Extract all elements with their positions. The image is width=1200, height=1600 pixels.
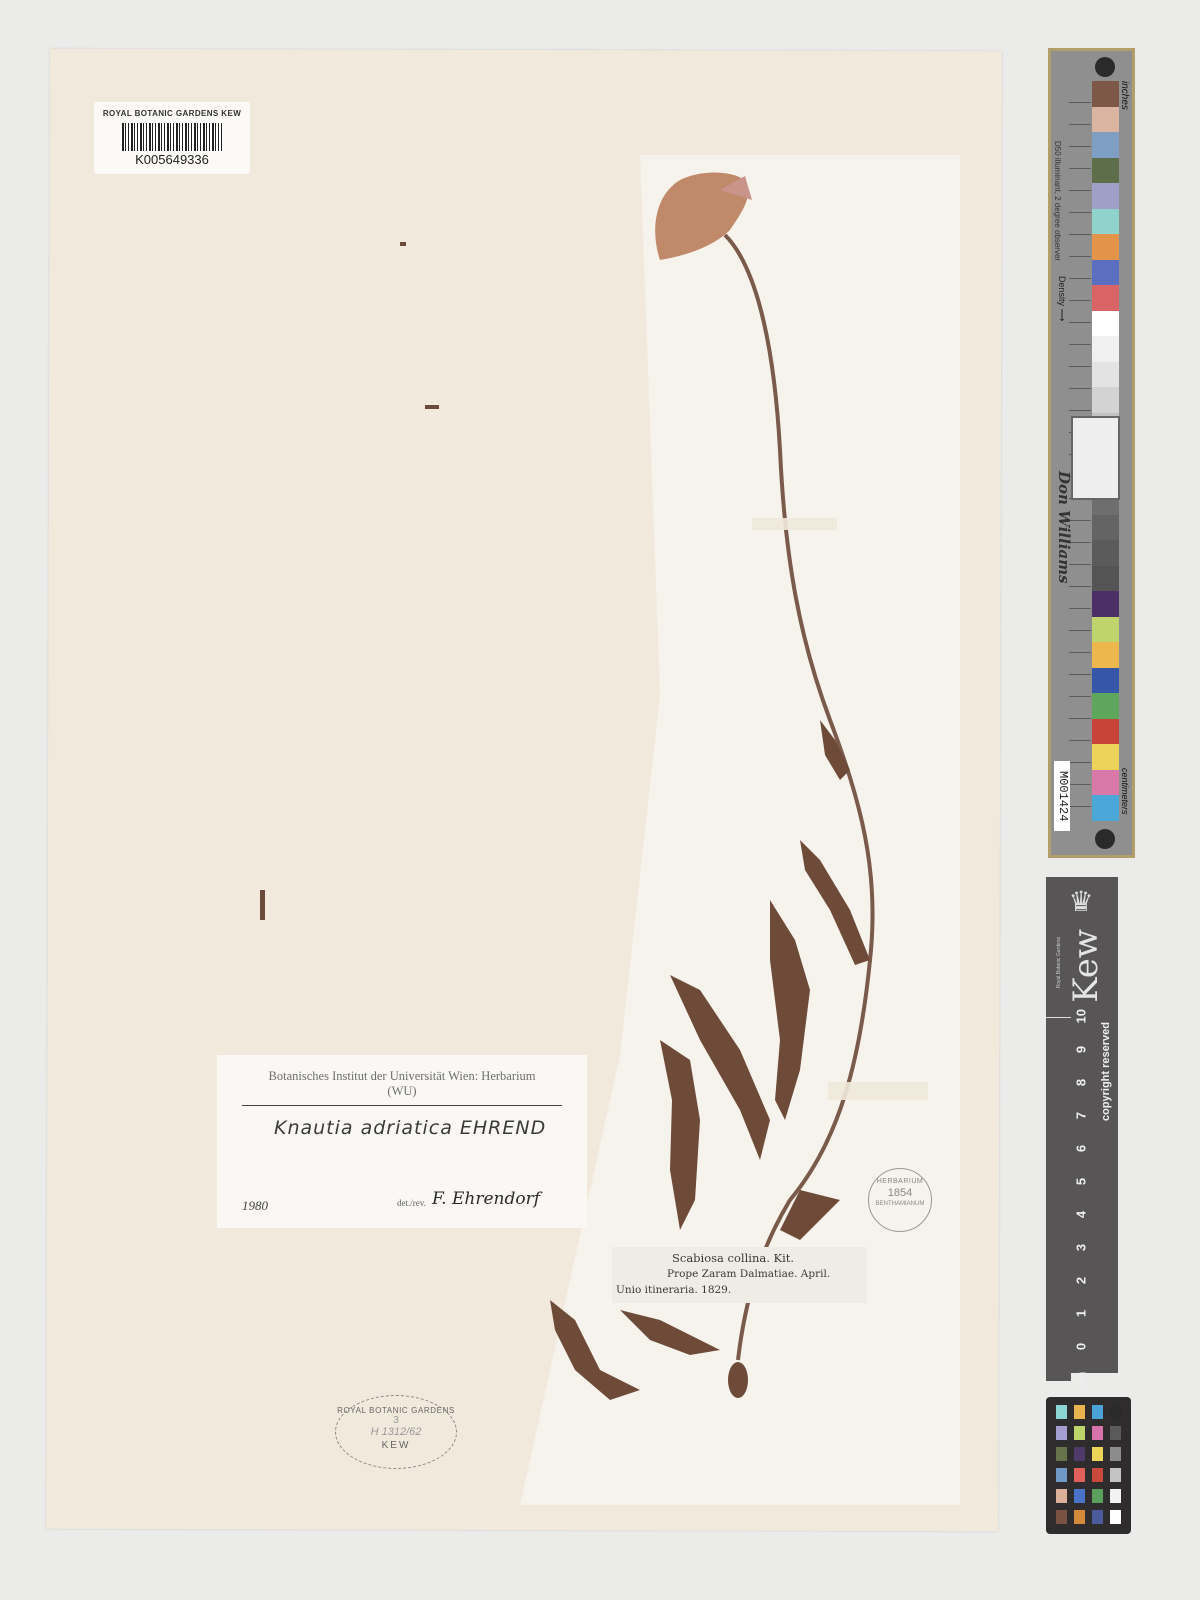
color-patch — [1092, 362, 1119, 388]
cm-tick — [1046, 1248, 1071, 1282]
checker-swatch — [1074, 1510, 1085, 1524]
determination-institution: Botanisches Institut der Universität Wie… — [217, 1069, 587, 1084]
checker-swatch — [1110, 1426, 1121, 1440]
cm-tick — [1046, 1149, 1071, 1183]
determination-year: 1980 — [242, 1198, 268, 1214]
cm-tick — [1046, 1017, 1071, 1051]
checker-swatch — [1074, 1426, 1085, 1440]
checker-swatch — [1056, 1426, 1067, 1440]
ruler-brand: Don Williams — [1055, 471, 1073, 584]
barcode-label: ROYAL BOTANIC GARDENS KEW K005649336 — [94, 102, 250, 174]
resolution-target-icon — [1071, 416, 1120, 500]
ruler-illuminant-text: D50 illuminant, 2 degree observer — [1053, 141, 1062, 261]
cm-tick — [1046, 1050, 1071, 1084]
ruler-hole-icon — [1095, 57, 1115, 77]
checker-swatch — [1074, 1405, 1085, 1419]
checker-swatch — [1110, 1468, 1121, 1482]
checker-swatch — [1056, 1510, 1067, 1524]
kew-logo: Kew — [1066, 929, 1106, 1003]
color-patch — [1092, 311, 1119, 337]
kew-accession-stamp: ROYAL BOTANIC GARDENS 3 H 1312/62 KEW — [335, 1395, 457, 1469]
color-patch — [1092, 183, 1119, 209]
checker-swatch — [1110, 1510, 1121, 1524]
color-patch — [1092, 336, 1119, 362]
color-patch — [1092, 234, 1119, 260]
cm-label: 7 — [1074, 1109, 1089, 1123]
color-checker-card — [1046, 1397, 1131, 1534]
color-patch — [1092, 285, 1119, 311]
determiner-signature: F. Ehrendorf — [432, 1189, 540, 1209]
color-patch — [1092, 132, 1119, 158]
cm-tick — [1046, 1215, 1071, 1249]
color-patch — [1092, 719, 1119, 745]
kew-scale-bar: ♛ Royal Botanic Gardens Kew copyright re… — [1046, 877, 1118, 1373]
original-collection-label: Scabiosa collina. Kit. Prope Zaram Dalma… — [612, 1247, 867, 1303]
determination-prefix: det./rev. — [397, 1198, 426, 1208]
color-patch — [1092, 260, 1119, 286]
color-patch — [1092, 515, 1119, 541]
color-patch — [1092, 566, 1119, 592]
determination-herbarium-code: (WU) — [217, 1084, 587, 1099]
ruler-units-cm: centimeters — [1120, 768, 1130, 815]
color-patch — [1092, 107, 1119, 133]
cm-label: 6 — [1074, 1142, 1089, 1156]
color-patch — [1092, 81, 1119, 107]
color-patch — [1092, 642, 1119, 668]
determination-taxon: Knautia adriatica EHREND — [274, 1117, 546, 1139]
checker-swatch — [1074, 1447, 1085, 1461]
divider — [242, 1105, 562, 1106]
checker-swatch — [1110, 1405, 1121, 1419]
cm-label: 0 — [1074, 1340, 1089, 1354]
cm-tick — [1046, 1281, 1071, 1315]
checker-swatch — [1056, 1405, 1067, 1419]
cm-tick — [1046, 1116, 1071, 1150]
color-patch — [1092, 744, 1119, 770]
checker-swatch — [1092, 1510, 1103, 1524]
cm-tick — [1046, 1083, 1071, 1117]
checker-swatch — [1074, 1468, 1085, 1482]
cm-label: 2 — [1074, 1274, 1089, 1288]
barcode-icon — [122, 123, 222, 151]
original-locality: Prope Zaram Dalmatiae. April. — [667, 1268, 830, 1280]
cm-tick — [1046, 1182, 1071, 1216]
checker-swatch — [1092, 1468, 1103, 1482]
checker-swatch — [1056, 1489, 1067, 1503]
checker-swatch — [1074, 1489, 1085, 1503]
checker-swatch — [1092, 1489, 1103, 1503]
cm-label: 1 — [1074, 1307, 1089, 1321]
color-patch — [1092, 617, 1119, 643]
color-patch — [1092, 158, 1119, 184]
barcode-institution: ROYAL BOTANIC GARDENS KEW — [94, 109, 250, 118]
cm-label: 8 — [1074, 1076, 1089, 1090]
cm-scale: 012345678910cm — [1046, 1017, 1071, 1365]
barcode-number: K005649336 — [94, 152, 250, 167]
kew-logo-subtitle: Royal Botanic Gardens — [1056, 937, 1062, 988]
ruler-units-inches: inches — [1119, 81, 1130, 110]
copyright-text: copyright reserved — [1100, 1022, 1112, 1121]
checker-swatch — [1092, 1426, 1103, 1440]
cm-unit-label: cm — [1074, 1377, 1089, 1391]
cm-tick — [1046, 1314, 1071, 1348]
cm-label: 4 — [1074, 1208, 1089, 1222]
cm-label: 5 — [1074, 1175, 1089, 1189]
original-taxon: Scabiosa collina. Kit. — [672, 1251, 794, 1265]
color-patch — [1092, 668, 1119, 694]
herbarium-benthamianum-stamp: HERBARIUM 1854 BENTHAMIANUM — [868, 1168, 932, 1232]
checker-swatch — [1092, 1447, 1103, 1461]
determination-label: Botanisches Institut der Universität Wie… — [217, 1055, 587, 1228]
royal-crest-icon: ♛ — [1064, 883, 1098, 923]
color-patch — [1092, 540, 1119, 566]
cm-label: 10 — [1074, 1010, 1089, 1024]
checker-swatch — [1092, 1405, 1103, 1419]
cm-tick — [1046, 1347, 1071, 1381]
cm-label: 9 — [1074, 1043, 1089, 1057]
color-density-ruler: D50 illuminant, 2 degree observer Densit… — [1048, 48, 1135, 858]
original-collection: Unio itineraria. 1829. — [616, 1284, 731, 1296]
color-patch — [1092, 591, 1119, 617]
checker-swatch — [1110, 1489, 1121, 1503]
color-patch — [1092, 693, 1119, 719]
cm-label: 3 — [1074, 1241, 1089, 1255]
color-patch — [1092, 387, 1119, 413]
ruler-hole-icon — [1095, 829, 1115, 849]
checker-swatch — [1110, 1447, 1121, 1461]
checker-swatch — [1056, 1468, 1067, 1482]
ruler-id: M001424 — [1054, 761, 1070, 831]
color-patch — [1092, 795, 1119, 821]
color-patch — [1092, 209, 1119, 235]
color-patch — [1092, 770, 1119, 796]
checker-swatch — [1056, 1447, 1067, 1461]
density-label: Density ⟶ — [1057, 276, 1067, 321]
